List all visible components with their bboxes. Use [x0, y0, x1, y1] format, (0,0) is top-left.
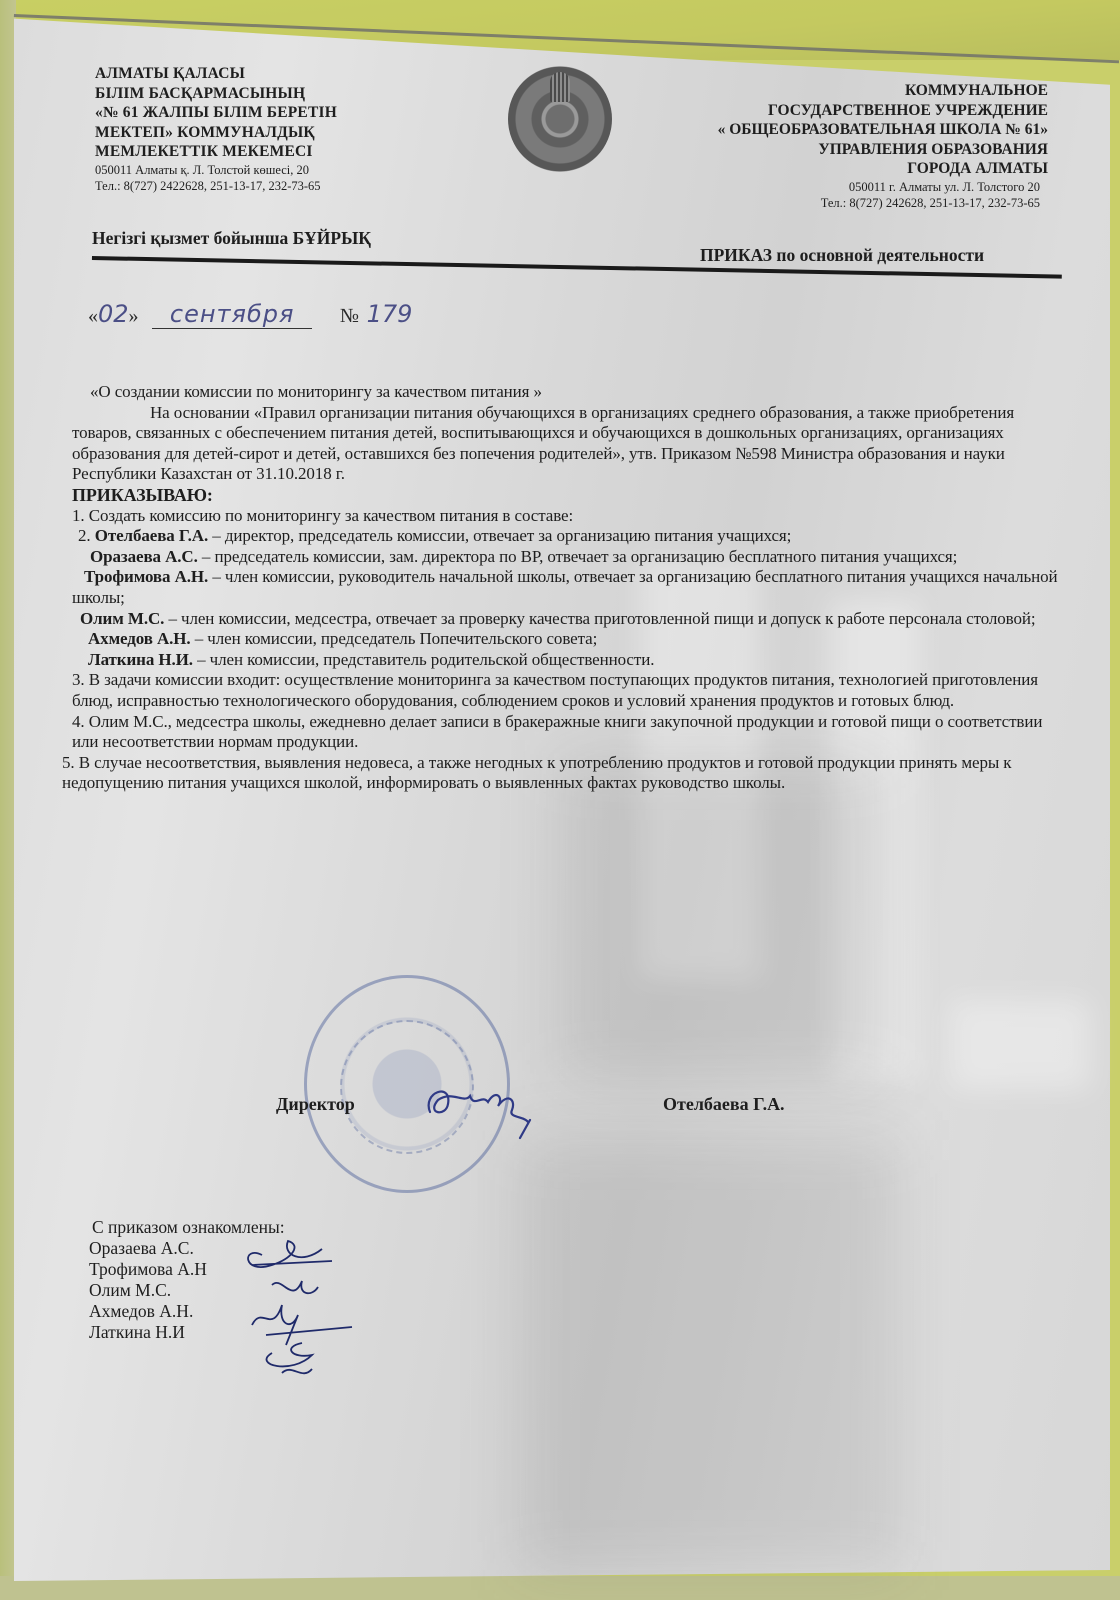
member-entry: Ахмедов А.Н. – член комиссии, председате… — [72, 629, 1062, 650]
member-name: Ахмедов А.Н. — [72, 629, 191, 648]
wall-edge — [0, 0, 16, 1600]
order-subject: «О создании комиссии по мониторингу за к… — [72, 382, 1062, 403]
state-emblem-icon — [508, 66, 612, 172]
header-left-address: 050011 Алматы қ. Л. Толстой көшесі, 20 — [95, 162, 505, 178]
order-month: сентября — [152, 300, 312, 329]
header-left-line: АЛМАТЫ ҚАЛАСЫ — [95, 64, 505, 84]
header-right-line: УПРАВЛЕНИЯ ОБРАЗОВАНИЯ — [628, 140, 1048, 160]
order-item-5: 5. В случае несоответствия, выявления не… — [62, 753, 1062, 794]
preamble-paragraph: На основании «Правил организации питания… — [72, 403, 1062, 485]
header-right-line: КОММУНАЛЬНОЕ — [628, 81, 1048, 101]
director-signature-icon — [412, 1072, 552, 1142]
member-entry: Олим М.С. – член комиссии, медсестра, от… — [72, 609, 1062, 630]
member-name: Латкина Н.И. — [72, 650, 193, 669]
header-right-address: 050011 г. Алматы ул. Л. Толстого 20 — [628, 179, 1048, 195]
member-name: Отелбаева Г.А. — [95, 526, 208, 545]
acknowledgement-signatures-icon — [232, 1235, 362, 1385]
member-entry: Трофимова А.Н. – член комиссии, руководи… — [72, 567, 1062, 608]
number-sign: № — [340, 305, 359, 327]
member-role: – член комиссии, председатель Попечитель… — [191, 629, 598, 648]
member-role: – директор, председатель комиссии, отвеч… — [208, 526, 791, 545]
header-left-kazakh: АЛМАТЫ ҚАЛАСЫ БІЛІМ БАСҚАРМАСЫНЫҢ «№ 61 … — [95, 64, 505, 194]
header-left-line: «№ 61 ЖАЛПЫ БІЛІМ БЕРЕТІН — [95, 103, 505, 123]
order-title-russian: ПРИКАЗ по основной деятельности — [700, 245, 984, 266]
order-number: 179 — [367, 300, 413, 328]
order-date-line: «02» сентября № 179 — [88, 300, 412, 329]
wall-bottom-edge — [0, 1576, 1120, 1600]
member-entry: Оразаева А.С. – председатель комиссии, з… — [72, 547, 1062, 568]
member-name: Олим М.С. — [72, 609, 164, 628]
member-role: – председатель комиссии, зам. директора … — [198, 547, 958, 566]
quote-open: « — [88, 305, 98, 327]
order-body: «О создании комиссии по мониторингу за к… — [72, 382, 1062, 794]
member-prefix: 2. — [78, 526, 95, 545]
quote-close: » — [129, 305, 139, 327]
header-left-line: МЕКТЕП» КОММУНАЛДЫҚ — [95, 123, 505, 143]
header-right-line: ГОСУДАРСТВЕННОЕ УЧРЕЖДЕНИЕ — [628, 101, 1048, 121]
header-left-phone: Тел.: 8(727) 2422628, 251-13-17, 232-73-… — [95, 178, 505, 194]
order-item-1: 1. Создать комиссию по мониторингу за ка… — [72, 506, 1062, 527]
header-left-line: БІЛІМ БАСҚАРМАСЫНЫҢ — [95, 84, 505, 104]
member-entry: 2. Отелбаева Г.А. – директор, председате… — [72, 526, 1062, 547]
header-right-line: ГОРОДА АЛМАТЫ — [628, 159, 1048, 179]
member-entry: Латкина Н.И. – член комиссии, представит… — [72, 650, 1062, 671]
member-name: Трофимова А.Н. — [72, 567, 208, 586]
order-heading: ПРИКАЗЫВАЮ: — [72, 485, 1062, 506]
header-right-line: « ОБЩЕОБРАЗОВАТЕЛЬНАЯ ШКОЛА № 61» — [628, 120, 1048, 140]
member-role: – член комиссии, представитель родительс… — [193, 650, 654, 669]
header-left-line: МЕМЛЕКЕТТІК МЕКЕМЕСІ — [95, 142, 505, 162]
order-title-kazakh: Негізгі қызмет бойынша БҰЙРЫҚ — [92, 228, 371, 249]
signature-position: Директор — [276, 1094, 355, 1115]
header-right-russian: КОММУНАЛЬНОЕ ГОСУДАРСТВЕННОЕ УЧРЕЖДЕНИЕ … — [628, 81, 1048, 211]
order-day: 02 — [98, 300, 129, 328]
order-item-4: 4. Олим М.С., медсестра школы, ежедневно… — [72, 712, 1062, 753]
signatory-name: Отелбаева Г.А. — [663, 1094, 785, 1115]
member-role: – член комиссии, медсестра, отвечает за … — [164, 609, 1035, 628]
header-right-phone: Тел.: 8(727) 242628, 251-13-17, 232-73-6… — [628, 195, 1048, 211]
member-name: Оразаева А.С. — [72, 547, 198, 566]
order-item-3: 3. В задачи комиссии входит: осуществлен… — [72, 670, 1062, 711]
member-role: – член комиссии, руководитель начальной … — [72, 567, 1058, 607]
